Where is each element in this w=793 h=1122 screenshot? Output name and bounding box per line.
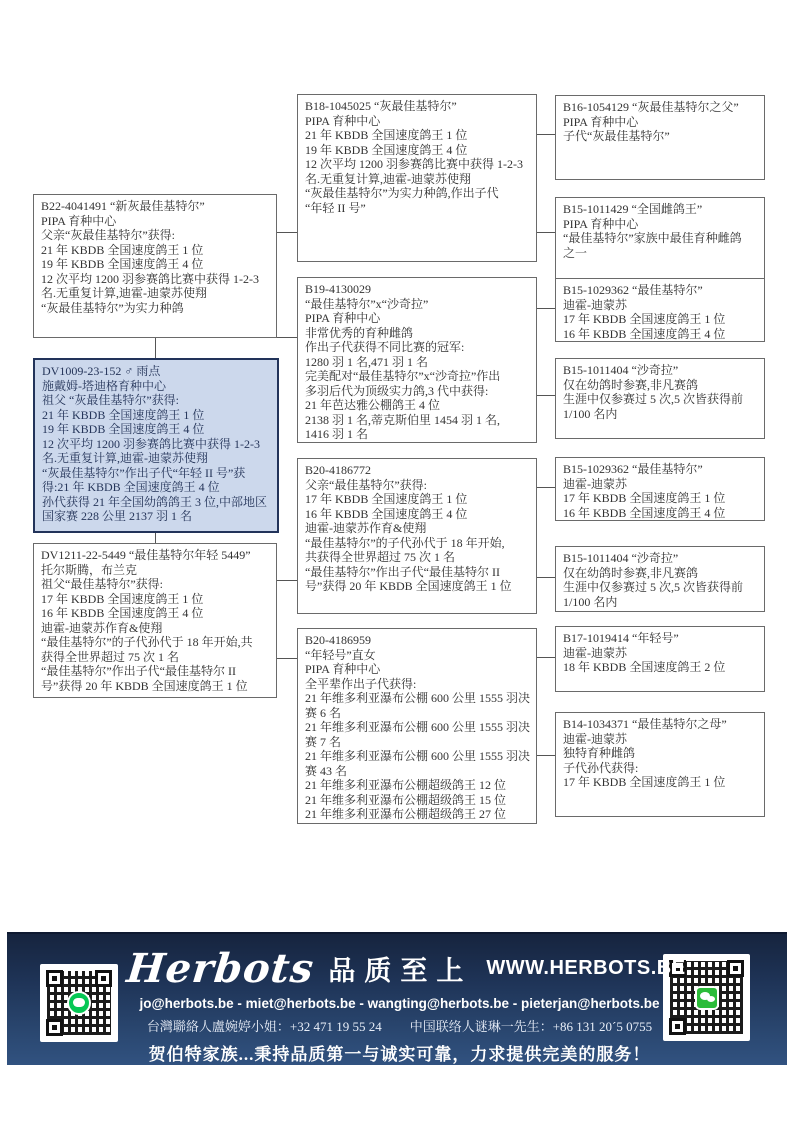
pedigree-box-b14-1034371: B14-1034371 “最佳基特尔之母”迪霍-迪蒙苏独特育种雌鸽子代孙代获得:… [555, 712, 765, 817]
pedigree-text-line: 名.无重复计算,迪霍-迪蒙苏使翔 [42, 451, 270, 466]
pedigree-text-line: 共获得全世界超过 75 次 1 名 [305, 550, 529, 565]
pedigree-text-line: 迪霍-迪蒙苏 [563, 732, 757, 747]
herbots-logo: Herbots [125, 945, 317, 992]
contact-china: 中国联络人谜琳一先生：+86 131 20´5 0755 [410, 1016, 652, 1035]
slogan-text: 品质至上 [328, 949, 472, 988]
pedigree-text-line: 1280 羽 1 名,471 羽 1 名 [305, 355, 529, 370]
pedigree-text-line: 获得全世界超过 75 次 1 名 [41, 650, 269, 665]
pedigree-text-line: 非常优秀的育种雌鸽 [305, 326, 529, 341]
connector-line [537, 657, 555, 658]
contacts-line: 台灣聯絡人盧婉婷小姐：+32 471 19 55 24 中国联络人谜琳一先生：+… [127, 1016, 672, 1035]
pedigree-box-b15-1029362-repeat: B15-1029362 “最佳基特尔”迪霍-迪蒙苏17 年 KBDB 全国速度鸽… [555, 457, 765, 521]
pedigree-text-line: B20-4186772 [305, 463, 529, 478]
line-icon [67, 991, 91, 1015]
pedigree-text-line: 19 年 KBDB 全国速度鸽王 4 位 [41, 257, 269, 272]
pedigree-text-line: “最佳基特尔”作出子代“最佳基特尔 II [41, 664, 269, 679]
pedigree-text-line: 号”获得 20 年 KBDB 全国速度鸽王 1 位 [41, 679, 269, 694]
pedigree-text-line: 21 年维多利亚瀑布公棚超级鸽王 15 位 [305, 793, 529, 808]
pedigree-text-line: “最佳基特尔”x“沙奇拉” [305, 297, 529, 312]
connector-line [155, 533, 156, 543]
pedigree-text-line: B19-4130029 [305, 282, 529, 297]
pedigree-text-line: 1/100 名内 [563, 595, 757, 610]
pedigree-text-line: 21 年 KBDB 全国速度鸽王 1 位 [305, 128, 529, 143]
connector-line [537, 134, 555, 135]
pedigree-text-line: 21 年维多利亚瀑布公棚 600 公里 1555 羽决 [305, 720, 529, 735]
pedigree-text-line: B15-1029362 “最佳基特尔” [563, 283, 757, 298]
pedigree-text-line: 21 年维多利亚瀑布公棚 600 公里 1555 羽决 [305, 749, 529, 764]
brand-line: Herbots 品质至上 WWW.HERBOTS.BE [127, 944, 672, 992]
connector-line [277, 337, 297, 338]
connector-line [277, 658, 297, 659]
pedigree-text-line: 多羽后代为顶级实力鸽,3 代中获得: [305, 384, 529, 399]
pedigree-text-line: 托尔斯腾，布兰克 [41, 563, 269, 578]
connector-line [537, 487, 555, 488]
pedigree-text-line: 迪霍-迪蒙苏 [563, 646, 757, 661]
pedigree-box-granddam-b19: B19-4130029“最佳基特尔”x“沙奇拉”PIPA 育种中心非常优秀的育种… [297, 277, 537, 443]
pedigree-text-line: B20-4186959 [305, 633, 529, 648]
wechat-icon [695, 986, 719, 1010]
pedigree-text-line: DV1211-22-5449 “最佳基特尔年轻 5449” [41, 548, 269, 563]
pedigree-text-line: 名.无重复计算,迪霍-迪蒙苏使翔 [41, 286, 269, 301]
pedigree-text-line: 仅在幼鸽时参赛,非凡赛鸽 [563, 566, 757, 581]
pedigree-box-b15-1011429: B15-1011429 “全国雌鸽王”PIPA 育种中心“最佳基特尔”家族中最佳… [555, 197, 765, 283]
contact-taiwan: 台灣聯絡人盧婉婷小姐：+32 471 19 55 24 [147, 1016, 382, 1035]
pedigree-text-line: 全平辈作出子代获得: [305, 677, 529, 692]
pedigree-text-line: “最佳基特尔”的子代孙代于 18 年开始, [305, 536, 529, 551]
pedigree-text-line: B22-4041491 “新灰最佳基特尔” [41, 199, 269, 214]
pedigree-text-line: 21 年 KBDB 全国速度鸽王 1 位 [41, 243, 269, 258]
pedigree-text-line: DV1009-23-152 ♂ 雨点 [42, 364, 270, 379]
pedigree-text-line: 17 年 KBDB 全国速度鸽王 1 位 [41, 592, 269, 607]
pedigree-text-line: 名.无重复计算,迪霍-迪蒙苏使翔 [305, 172, 529, 187]
connector-line [537, 232, 555, 233]
pedigree-text-line: PIPA 育种中心 [305, 662, 529, 677]
pedigree-text-line: 赛 43 名 [305, 764, 529, 779]
emails-line: jo@herbots.be - miet@herbots.be - wangti… [127, 996, 672, 1011]
pedigree-text-line: 16 年 KBDB 全国速度鸽王 4 位 [41, 606, 269, 621]
pedigree-text-line: 号”获得 20 年 KBDB 全国速度鸽王 1 位 [305, 579, 529, 594]
pedigree-text-line: PIPA 育种中心 [305, 114, 529, 129]
pedigree-text-line: 完美配对“最佳基特尔”x“沙奇拉”作出 [305, 369, 529, 384]
pedigree-text-line: PIPA 育种中心 [305, 311, 529, 326]
pedigree-text-line: “灰最佳基特尔”为实力种鸽,作出子代 [305, 186, 529, 201]
pedigree-box-grandsire-b20-4186772: B20-4186772父亲“最佳基特尔”获得:17 年 KBDB 全国速度鸽王 … [297, 458, 537, 614]
pedigree-text-line: 祖父“最佳基特尔”获得: [41, 577, 269, 592]
pedigree-box-subject-dv1009: DV1009-23-152 ♂ 雨点施戴姆-塔迪格育种中心祖父 “灰最佳基特尔”… [33, 358, 279, 533]
pedigree-box-b15-1011404-repeat: B15-1011404 “沙奇拉”仅在幼鸽时参赛,非凡赛鸽生涯中仅参赛过 5 次… [555, 546, 765, 612]
pedigree-text-line: B14-1034371 “最佳基特尔之母” [563, 717, 757, 732]
pedigree-text-line: 施戴姆-塔迪格育种中心 [42, 379, 270, 394]
pedigree-box-grandsire-b18: B18-1045025 “灰最佳基特尔”PIPA 育种中心21 年 KBDB 全… [297, 94, 537, 262]
pedigree-text-line: 迪霍-迪蒙苏 [563, 477, 757, 492]
pedigree-box-father-b22: B22-4041491 “新灰最佳基特尔”PIPA 育种中心父亲“灰最佳基特尔”… [33, 194, 277, 338]
pedigree-text-line: 之一 [563, 246, 757, 261]
pedigree-text-line: B18-1045025 “灰最佳基特尔” [305, 99, 529, 114]
pedigree-text-line: 仅在幼鸽时参赛,非凡赛鸽 [563, 378, 757, 393]
pedigree-text-line: 21 年维多利亚瀑布公棚超级鸽王 12 位 [305, 778, 529, 793]
pedigree-text-line: “灰最佳基特尔”作出子代“年轻 II 号”获 [42, 466, 270, 481]
pedigree-text-line: 国家赛 228 公里 2137 羽 1 名 [42, 509, 270, 524]
connector-line [277, 232, 297, 233]
connector-line [155, 338, 156, 358]
pedigree-text-line: 12 次平均 1200 羽参赛鸽比赛中获得 1-2-3 [41, 272, 269, 287]
pedigree-text-line: “年轻号”直女 [305, 648, 529, 663]
pedigree-text-line: 祖父 “灰最佳基特尔”获得: [42, 393, 270, 408]
pedigree-text-line: 父亲“最佳基特尔”获得: [305, 478, 529, 493]
pedigree-text-line: 12 次平均 1200 羽参赛鸽比赛中获得 1-2-3 [42, 437, 270, 452]
pedigree-text-line: 16 年 KBDB 全国速度鸽王 4 位 [305, 507, 529, 522]
pedigree-text-line: 16 年 KBDB 全国速度鸽王 4 位 [563, 327, 757, 342]
pedigree-box-b16-1054129: B16-1054129 “灰最佳基特尔之父”PIPA 育种中心子代“灰最佳基特尔… [555, 95, 765, 180]
pedigree-text-line: 生涯中仅参赛过 5 次,5 次皆获得前 [563, 580, 757, 595]
pedigree-text-line: 孙代获得 21 年全国幼鸽鸽王 3 位,中部地区 [42, 495, 270, 510]
footer-center: Herbots 品质至上 WWW.HERBOTS.BE jo@herbots.b… [127, 944, 672, 1065]
pedigree-text-line: 迪霍-迪蒙苏 [563, 298, 757, 313]
pedigree-text-line: 21 年 KBDB 全国速度鸽王 1 位 [42, 408, 270, 423]
pedigree-text-line: PIPA 育种中心 [563, 115, 757, 130]
pedigree-text-line: 作出子代获得不同比赛的冠军: [305, 340, 529, 355]
pedigree-text-line: B15-1011404 “沙奇拉” [563, 551, 757, 566]
pedigree-text-line: 16 年 KBDB 全国速度鸽王 4 位 [563, 506, 757, 521]
pedigree-box-b15-1029362: B15-1029362 “最佳基特尔”迪霍-迪蒙苏17 年 KBDB 全国速度鸽… [555, 278, 765, 342]
pedigree-text-line: 18 年 KBDB 全国速度鸽王 2 位 [563, 660, 757, 675]
pedigree-text-line: B15-1029362 “最佳基特尔” [563, 462, 757, 477]
pedigree-box-b17-1019414: B17-1019414 “年轻号”迪霍-迪蒙苏18 年 KBDB 全国速度鸽王 … [555, 626, 765, 692]
connector-line [537, 395, 555, 396]
pedigree-text-line: “年轻 II 号” [305, 201, 529, 216]
pedigree-text-line: 2138 羽 1 名,蒂克斯伯里 1454 羽 1 名, [305, 413, 529, 428]
pedigree-text-line: 21 年芭达雅公棚鸽王 4 位 [305, 398, 529, 413]
pedigree-text-line: B15-1011429 “全国雌鸽王” [563, 202, 757, 217]
pedigree-text-line: 父亲“灰最佳基特尔”获得: [41, 228, 269, 243]
pedigree-box-granddam-b20-4186959: B20-4186959“年轻号”直女PIPA 育种中心全平辈作出子代获得:21 … [297, 628, 537, 824]
pedigree-text-line: 生涯中仅参赛过 5 次,5 次皆获得前 [563, 392, 757, 407]
pedigree-text-line: 21 年维多利亚瀑布公棚超级鸽王 27 位 [305, 807, 529, 822]
pedigree-text-line: B17-1019414 “年轻号” [563, 631, 757, 646]
pedigree-text-line: PIPA 育种中心 [41, 214, 269, 229]
pedigree-text-line: 19 年 KBDB 全国速度鸽王 4 位 [42, 422, 270, 437]
pedigree-text-line: “最佳基特尔”家族中最佳育种雌鸽 [563, 231, 757, 246]
pedigree-text-line: 17 年 KBDB 全国速度鸽王 1 位 [563, 491, 757, 506]
pedigree-box-mother-dv1211: DV1211-22-5449 “最佳基特尔年轻 5449”托尔斯腾，布兰克祖父“… [33, 543, 277, 698]
pedigree-text-line: “最佳基特尔”作出子代“最佳基特尔 II [305, 565, 529, 580]
qr-code-line [40, 964, 118, 1042]
pedigree-page: B22-4041491 “新灰最佳基特尔”PIPA 育种中心父亲“灰最佳基特尔”… [0, 0, 793, 1122]
connector-line [277, 580, 297, 581]
pedigree-text-line: B16-1054129 “灰最佳基特尔之父” [563, 100, 757, 115]
pedigree-text-line: 17 年 KBDB 全国速度鸽王 1 位 [563, 775, 757, 790]
pedigree-text-line: 17 年 KBDB 全国速度鸽王 1 位 [305, 492, 529, 507]
pedigree-text-line: 1416 羽 1 名 [305, 427, 529, 442]
pedigree-text-line: “最佳基特尔”的子代孙代于 18 年开始,共 [41, 635, 269, 650]
pedigree-text-line: PIPA 育种中心 [563, 217, 757, 232]
pedigree-text-line: 赛 7 名 [305, 735, 529, 750]
pedigree-text-line: 得:21 年 KBDB 全国速度鸽王 4 位 [42, 480, 270, 495]
footer-banner: Herbots 品质至上 WWW.HERBOTS.BE jo@herbots.b… [7, 932, 787, 1065]
pedigree-text-line: 迪霍-迪蒙苏作育&使翔 [41, 621, 269, 636]
pedigree-box-b15-1011404: B15-1011404 “沙奇拉”仅在幼鸽时参赛,非凡赛鸽生涯中仅参赛过 5 次… [555, 358, 765, 439]
pedigree-text-line: 1/100 名内 [563, 407, 757, 422]
tagline-text: 贺伯特家族...秉持品质第一与诚实可靠，力求提供完美的服务！ [127, 1040, 672, 1065]
pedigree-text-line: “灰最佳基特尔”为实力种鸽 [41, 301, 269, 316]
pedigree-text-line: 21 年维多利亚瀑布公棚 600 公里 1555 羽决 [305, 691, 529, 706]
pedigree-text-line: 赛 6 名 [305, 706, 529, 721]
connector-line [537, 577, 555, 578]
pedigree-text-line: 19 年 KBDB 全国速度鸽王 4 位 [305, 143, 529, 158]
pedigree-text-line: 12 次平均 1200 羽参赛鸽比赛中获得 1-2-3 [305, 157, 529, 172]
connector-line [537, 755, 555, 756]
pedigree-text-line: 17 年 KBDB 全国速度鸽王 1 位 [563, 312, 757, 327]
connector-line [537, 308, 555, 309]
website-text: WWW.HERBOTS.BE [486, 957, 685, 980]
pedigree-text-line: 独特育种雌鸽 [563, 746, 757, 761]
pedigree-text-line: 迪霍-迪蒙苏作育&使翔 [305, 521, 529, 536]
pedigree-text-line: 子代“灰最佳基特尔” [563, 129, 757, 144]
pedigree-text-line: B15-1011404 “沙奇拉” [563, 363, 757, 378]
pedigree-text-line: 子代孙代获得: [563, 761, 757, 776]
